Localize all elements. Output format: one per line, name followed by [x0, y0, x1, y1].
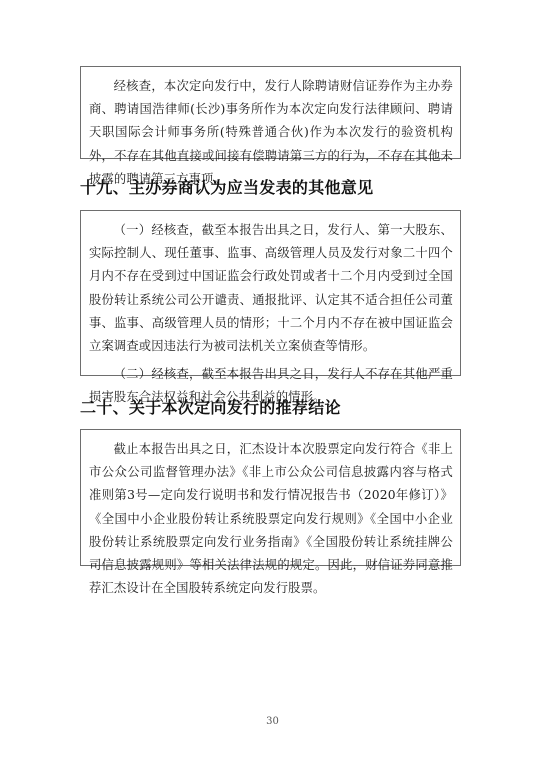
paragraph: 截止本报告出具之日，汇杰设计本次股票定向发行符合《非上市公众公司监督管理办法》《… — [89, 438, 453, 600]
section-18-text-box: 经核查，本次定向发行中，发行人除聘请财信证券作为主办券商、聘请国浩律师(长沙)事… — [80, 66, 461, 159]
paragraph: 经核查，本次定向发行中，发行人除聘请财信证券作为主办券商、聘请国浩律师(长沙)事… — [89, 75, 453, 191]
page-number: 30 — [0, 716, 545, 727]
paragraph: （一）经核查，截至本报告出具之日，发行人、第一大股东、实际控制人、现任董事、监事… — [89, 219, 453, 358]
section-19-text-box: （一）经核查，截至本报告出具之日，发行人、第一大股东、实际控制人、现任董事、监事… — [80, 210, 461, 376]
section-20-heading: 二十、关于本次定向发行的推荐结论 — [80, 395, 341, 418]
section-20-text-box: 截止本报告出具之日，汇杰设计本次股票定向发行符合《非上市公众公司监督管理办法》《… — [80, 429, 461, 566]
section-19-heading: 十九、主办券商认为应当发表的其他意见 — [80, 175, 373, 198]
